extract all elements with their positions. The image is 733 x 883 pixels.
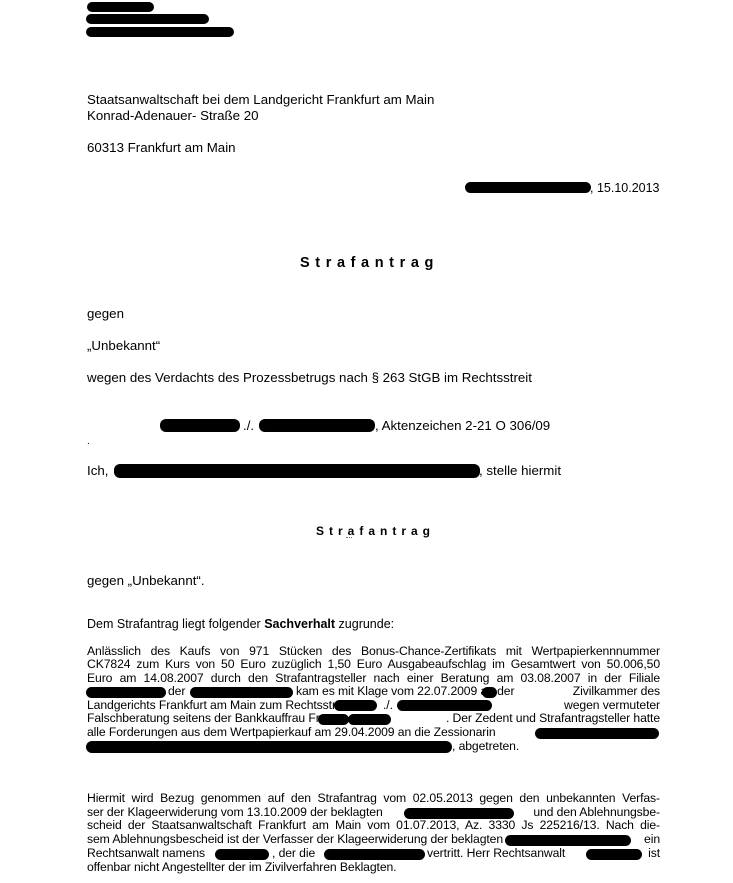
redacted-case-party-1 xyxy=(334,700,377,711)
recipient-line-3: 60313 Frankfurt am Main xyxy=(87,140,236,155)
case-separator: ./. xyxy=(243,418,254,433)
redacted-lawyer-name xyxy=(215,849,269,860)
wegen-line: wegen des Verdachts des Prozessbetrugs n… xyxy=(87,370,532,385)
p2-line-3: scheid der Staatsanwaltschaft Frankfurt … xyxy=(87,819,660,832)
redacted-client-name xyxy=(324,849,425,860)
document-page: Staatsanwaltschaft bei dem Landgericht F… xyxy=(0,0,733,883)
redacted-defendant-2 xyxy=(505,835,631,846)
spellcheck-mark xyxy=(346,534,352,538)
recipient-line-2: Konrad-Adenauer- Straße 20 xyxy=(87,108,258,123)
p2-line-1: Hiermit wird Bezug genommen auf den Stra… xyxy=(87,792,660,805)
redacted-plaintiff xyxy=(160,419,240,432)
ich-prefix: Ich, xyxy=(87,463,108,478)
sachverhalt-before: Dem Strafantrag liegt folgender xyxy=(87,617,264,631)
gegen-label: gegen xyxy=(87,306,124,321)
gegen-unbekannt: gegen „Unbekannt“. xyxy=(87,573,205,588)
p1-line-6b: . Der Zedent und Strafantragsteller hatt… xyxy=(446,712,660,725)
recipient-line-1: Staatsanwaltschaft bei dem Landgericht F… xyxy=(87,92,434,107)
p2-line-5c: vertritt. Herr Rechtsanwalt xyxy=(427,847,565,860)
redacted-bank-name xyxy=(190,687,293,698)
ich-suffix: , stelle hiermit xyxy=(479,463,561,478)
redacted-sender-line-2 xyxy=(86,14,209,24)
unbekannt-label: „Unbekannt“ xyxy=(87,338,160,353)
document-date: , 15.10.2013 xyxy=(590,181,660,196)
sachverhalt-intro: Dem Strafantrag liegt folgender Sachverh… xyxy=(87,617,394,632)
p2-line-5b: , der die xyxy=(272,847,315,860)
redacted-assignee-address xyxy=(86,741,452,753)
p1-line-5b: ./. xyxy=(383,699,393,712)
redacted-lawyer-name-2 xyxy=(586,849,642,860)
p1-line-4c: Zivilkammer des xyxy=(573,685,660,698)
p2-line-4b: ein xyxy=(644,833,660,846)
p1-line-2: CK7824 zum Kurs von 50 Euro zuzüglich 1,… xyxy=(87,658,660,671)
redacted-defendant xyxy=(259,419,375,432)
stray-dot: . xyxy=(87,434,90,449)
redacted-chamber-no xyxy=(482,687,497,698)
redacted-sender-line-3 xyxy=(86,27,234,37)
p1-line-4a: der xyxy=(168,685,185,698)
p2-line-5d: ist xyxy=(648,847,660,860)
redacted-advisor-last xyxy=(348,714,391,725)
redacted-bank-branch xyxy=(86,687,166,698)
p2-line-4a: sem Ablehnungsbescheid ist der Verfasser… xyxy=(87,833,503,846)
redacted-advisor-first xyxy=(318,714,349,725)
p2-line-5a: Rechtsanwalt namens xyxy=(87,847,205,860)
aktenzeichen: , Aktenzeichen 2-21 O 306/09 xyxy=(375,418,550,433)
redacted-case-party-2 xyxy=(397,700,492,711)
redacted-place xyxy=(465,182,591,193)
p1-line-6a: Falschberatung seitens der Bankkauffrau … xyxy=(87,712,333,725)
document-title: Strafantrag xyxy=(300,255,439,271)
sachverhalt-bold: Sachverhalt xyxy=(264,617,335,631)
sachverhalt-after: zugrunde: xyxy=(335,617,394,631)
p2-line-6: offenbar nicht Angestellter der im Zivil… xyxy=(87,861,396,874)
document-subtitle: Strafantrag xyxy=(316,524,435,538)
p1-line-8: , abgetreten. xyxy=(452,740,519,753)
redacted-sender-line-1 xyxy=(87,2,154,12)
redacted-applicant xyxy=(114,464,480,478)
redacted-assignee xyxy=(535,728,659,739)
p1-line-7: alle Forderungen aus dem Wertpapierkauf … xyxy=(87,726,496,739)
